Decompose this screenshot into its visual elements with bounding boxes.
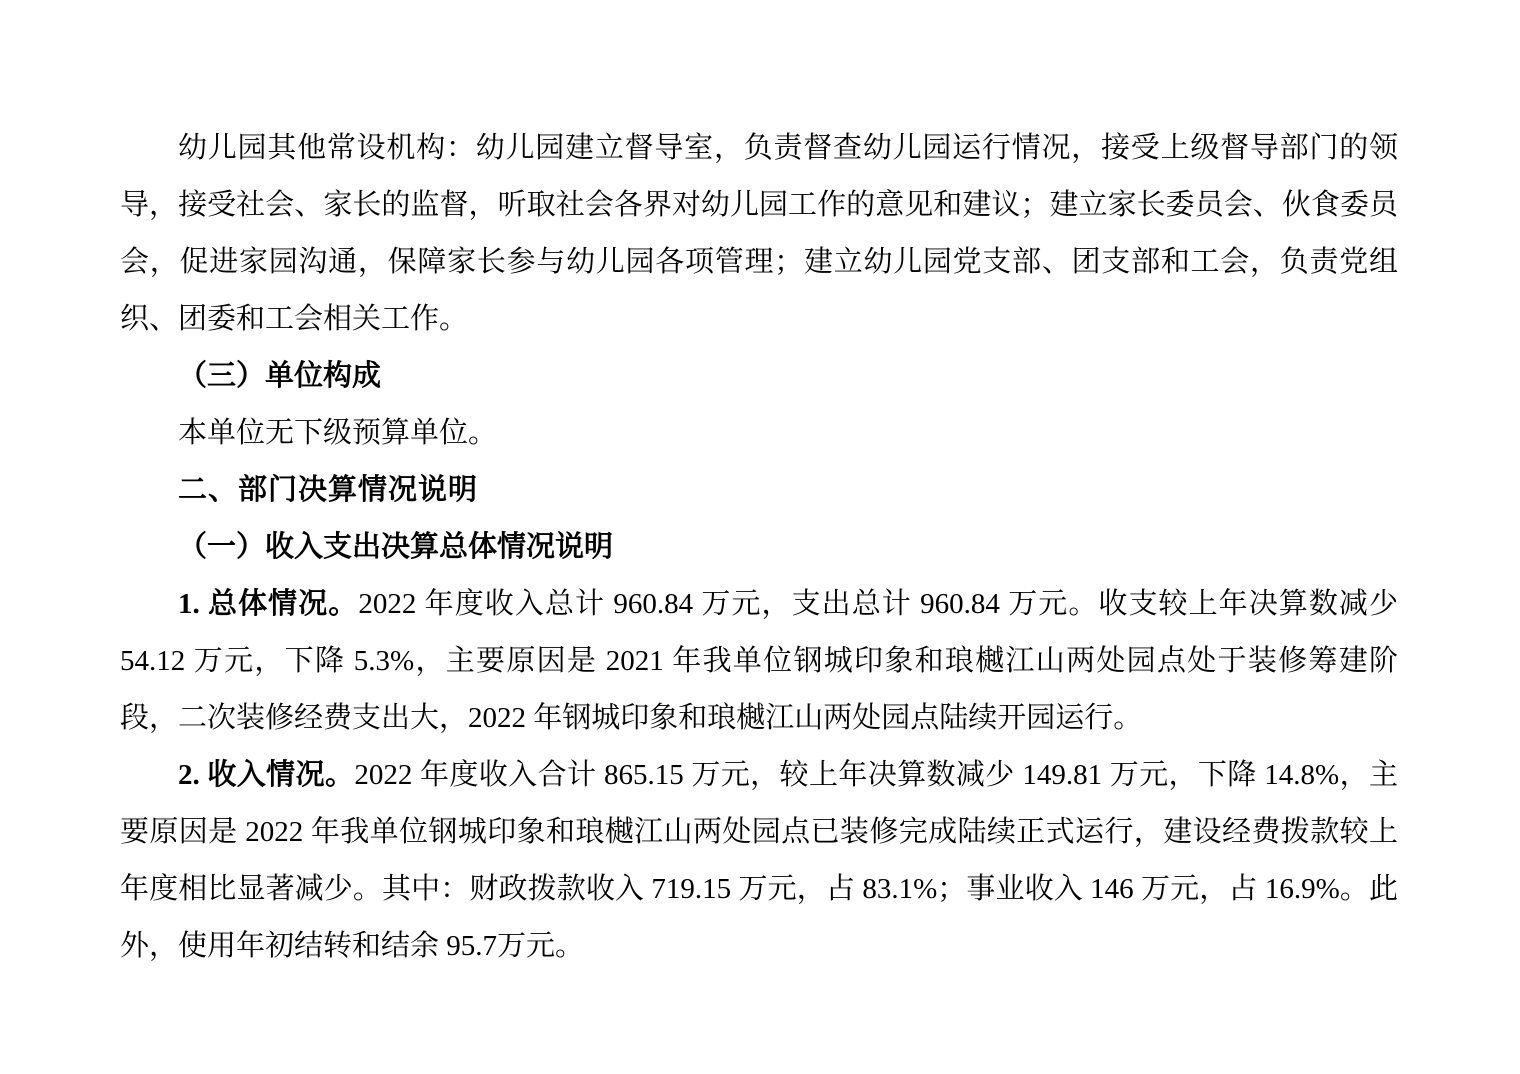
paragraph-income-situation: 2. 收入情况。2022 年度收入合计 865.15 万元，较上年决算数减少 1… (120, 747, 1398, 975)
item-lead-income-situation: 2. 收入情况。 (178, 759, 354, 791)
paragraph-overall-situation: 1. 总体情况。2022 年度收入总计 960.84 万元，支出总计 960.8… (120, 576, 1398, 747)
document-page: 幼儿园其他常设机构：幼儿园建立督导室，负责督查幼儿园运行情况，接受上级督导部门的… (0, 0, 1520, 1074)
paragraph-other-standing-bodies: 幼儿园其他常设机构：幼儿园建立督导室，负责督查幼儿园运行情况，接受上级督导部门的… (120, 120, 1398, 348)
heading-unit-composition: （三）单位构成 (120, 348, 1398, 405)
paragraph-no-subordinate-units: 本单位无下级预算单位。 (120, 405, 1398, 462)
item-lead-overall-situation: 1. 总体情况。 (178, 588, 358, 620)
heading-income-expense-overview: （一）收入支出决算总体情况说明 (120, 519, 1398, 576)
heading-section-two-final-accounts: 二、部门决算情况说明 (120, 462, 1398, 519)
